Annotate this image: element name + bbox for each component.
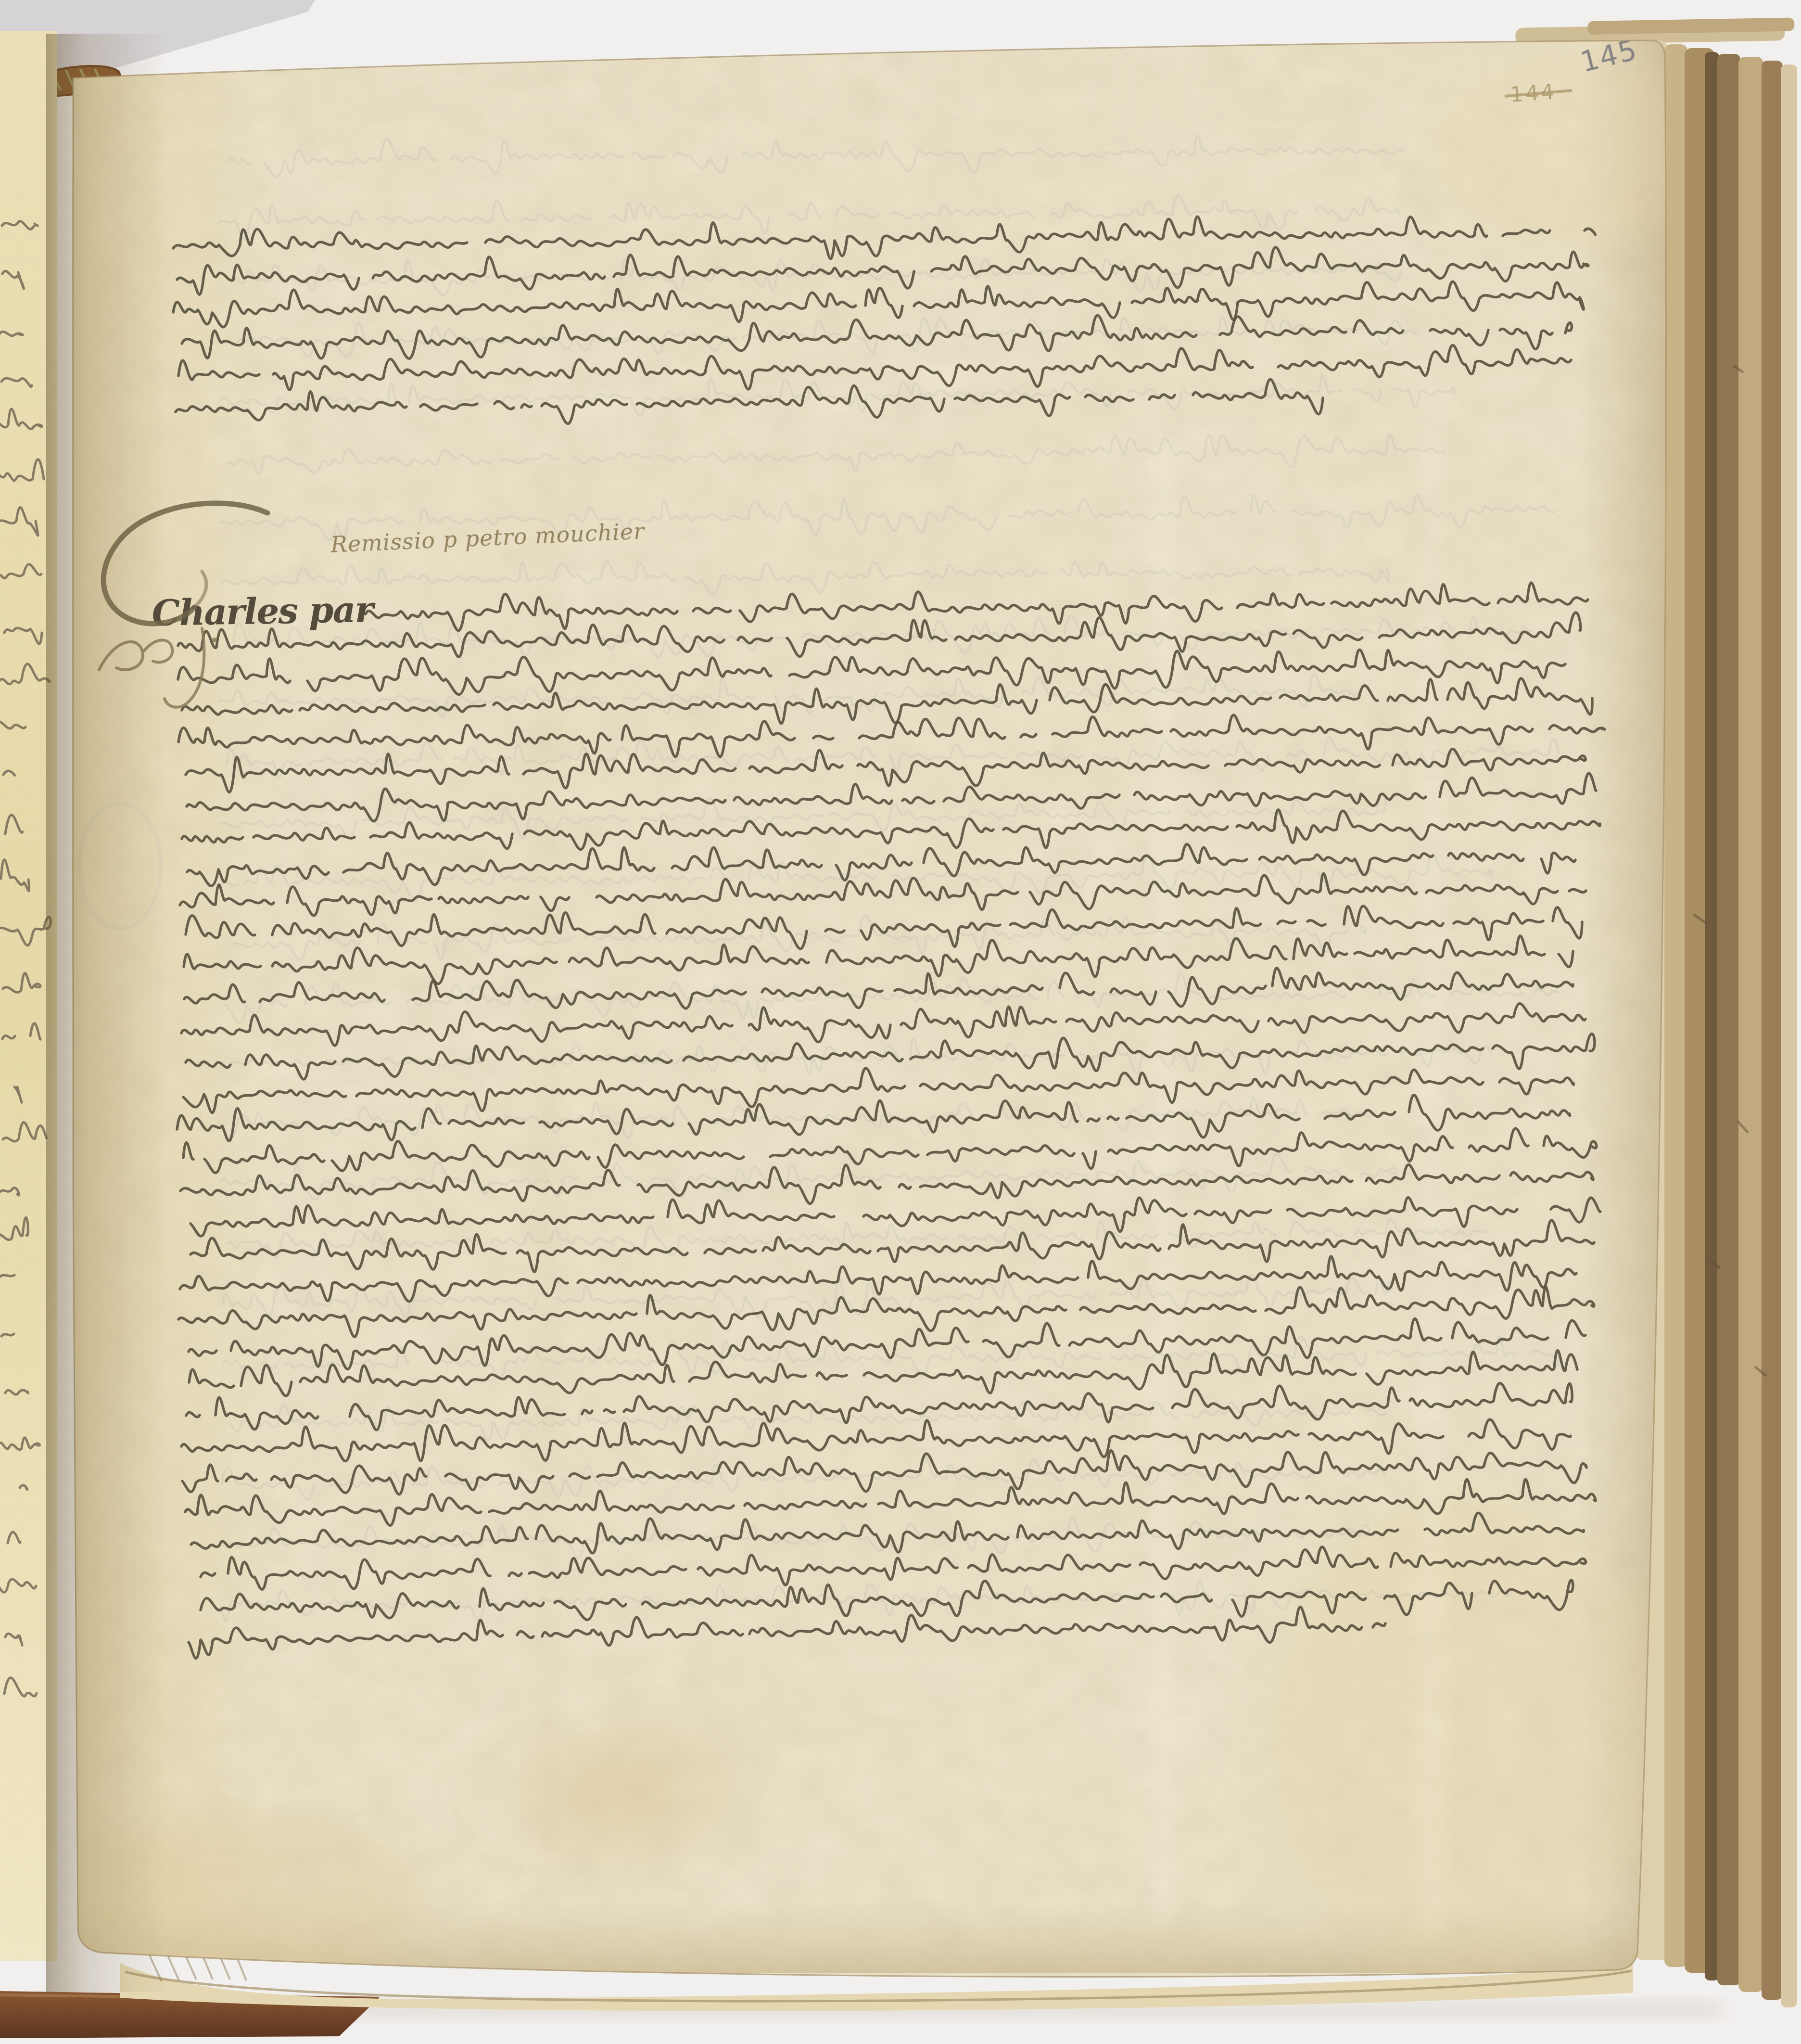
manuscript-photo: Remissio p petro mouchier Charles par 14… [0,0,1801,2044]
initial-words: Charles par [152,589,376,634]
stain [476,1699,765,1891]
gutter-shadow [46,34,166,1992]
facing-page-line [1,1334,14,1336]
